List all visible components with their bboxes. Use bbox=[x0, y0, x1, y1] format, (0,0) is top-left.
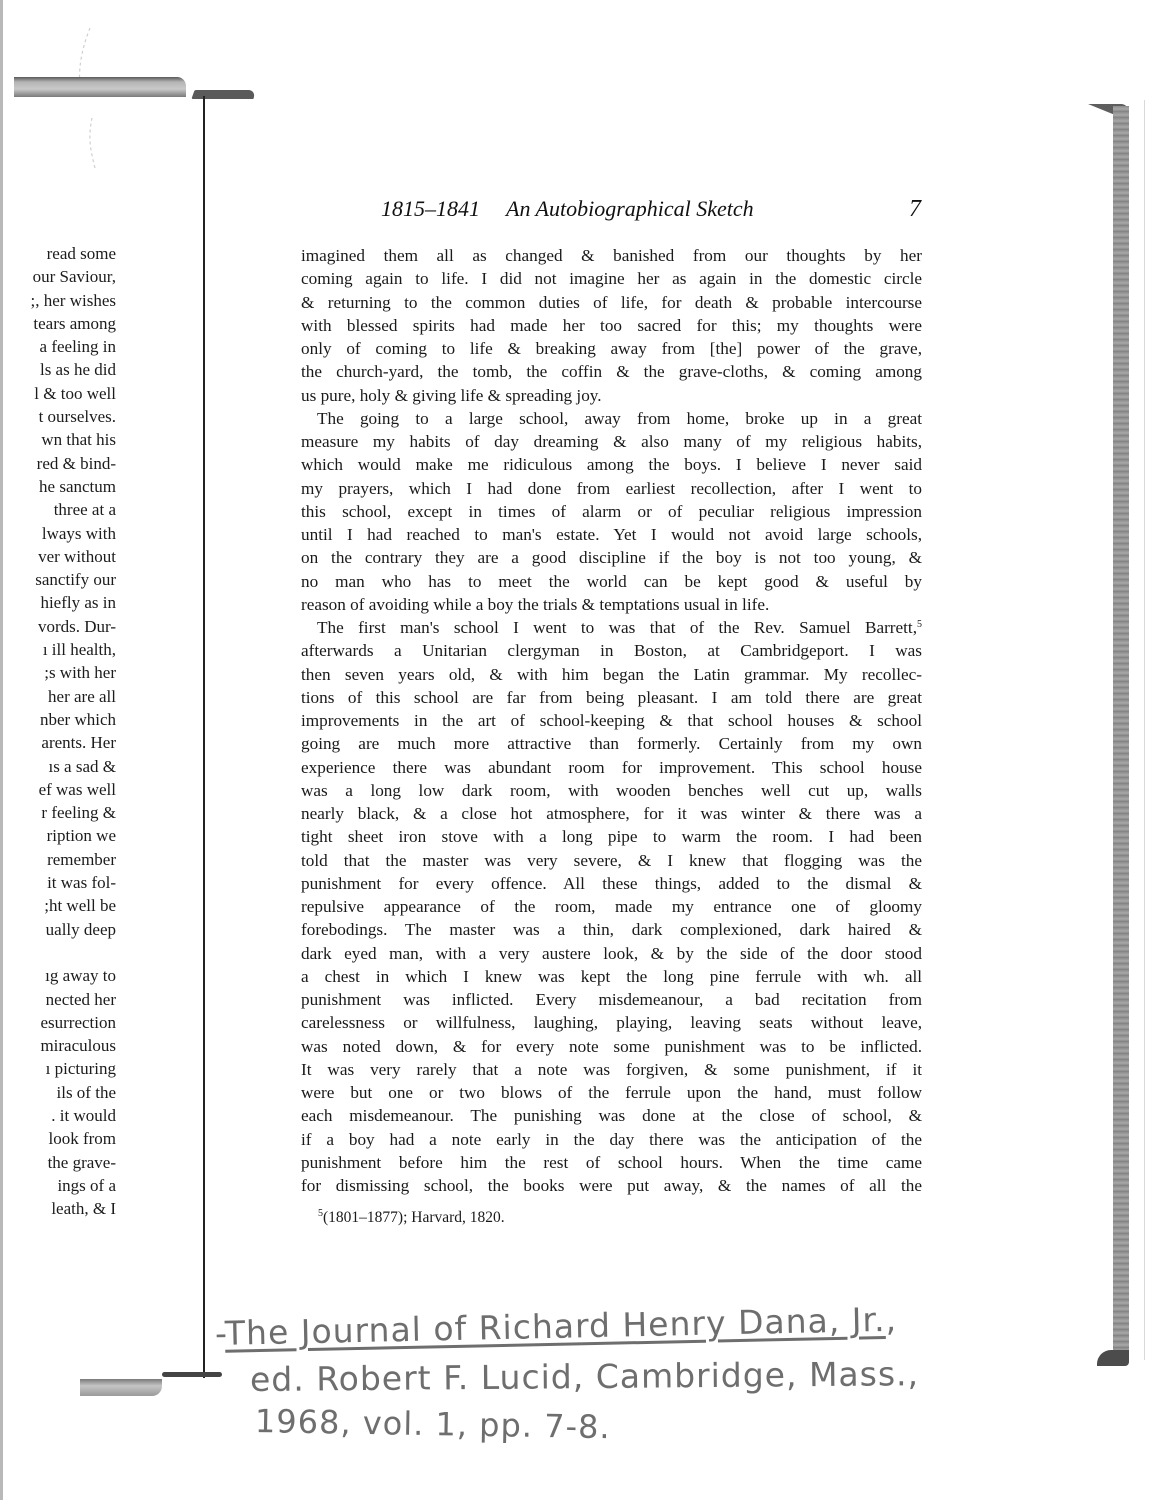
text-line: It was very rarely that a note was forgi… bbox=[301, 1058, 922, 1081]
fragment-line: red & bind- bbox=[0, 452, 116, 475]
binder-clip-bottom bbox=[80, 1379, 162, 1396]
text-line: improvements in the art of school-keepin… bbox=[301, 709, 922, 732]
text-line: imagined them all as changed & banished … bbox=[301, 244, 922, 267]
binder-clip-top-tail bbox=[191, 90, 256, 99]
text-line-with-footnote: The first man's school I went to was tha… bbox=[301, 616, 922, 639]
fragment-line: lways with bbox=[0, 522, 116, 545]
text-line: was noted down, & for every note some pu… bbox=[301, 1035, 922, 1058]
text-line: no man who has to meet the world can be … bbox=[301, 570, 922, 593]
text-line: my prayers, which I had done from earlie… bbox=[301, 477, 922, 500]
text-line: only of coming to life & breaking away f… bbox=[301, 337, 922, 360]
text-line: going are much more attractive than form… bbox=[301, 732, 922, 755]
fragment-line: . it would bbox=[0, 1104, 116, 1127]
previous-page-fragment-column: read some our Saviour, ;, her wishes tea… bbox=[0, 242, 116, 1220]
binder-bracket-bottom bbox=[1097, 1350, 1129, 1366]
fragment-line: ı picturing bbox=[0, 1057, 116, 1080]
fragment-line: he sanctum bbox=[0, 475, 116, 498]
paragraph-3: The first man's school I went to was tha… bbox=[301, 616, 922, 1197]
fragment-line: leath, & I bbox=[0, 1197, 116, 1220]
text-line: was a long low dark room, with wooden be… bbox=[301, 779, 922, 802]
fragment-line: l & too well bbox=[0, 382, 116, 405]
fragment-line: the grave- bbox=[0, 1151, 116, 1174]
fragment-line: miraculous bbox=[0, 1034, 116, 1057]
text-line: reason of avoiding while a boy the trial… bbox=[301, 593, 922, 616]
fragment-line: r feeling & bbox=[0, 801, 116, 824]
running-head-title: An Autobiographical Sketch bbox=[506, 196, 754, 222]
page-divider-line bbox=[203, 96, 205, 1378]
text-line: punishment for every offence. All these … bbox=[301, 872, 922, 895]
text-line: tions of this school are far from being … bbox=[301, 686, 922, 709]
text-line: this school, except in times of alarm or… bbox=[301, 500, 922, 523]
footnote-text: (1801–1877); Harvard, 1820. bbox=[323, 1209, 505, 1226]
fragment-line: esurrection bbox=[0, 1011, 116, 1034]
binder-bracket-right bbox=[1113, 106, 1129, 1361]
binder-clip-bottom-tail bbox=[162, 1372, 222, 1377]
fragment-line: nected her bbox=[0, 988, 116, 1011]
handwritten-line-3: 1968, vol. 1, pp. 7-8. bbox=[255, 1402, 611, 1446]
fragment-line: nber which bbox=[0, 708, 116, 731]
handwritten-comma: , bbox=[885, 1300, 897, 1339]
fragment-line: ;s with her bbox=[0, 661, 116, 684]
fragment-line: our Saviour, bbox=[0, 265, 116, 288]
fragment-line: ı ill health, bbox=[0, 638, 116, 661]
fragment-line: ils of the bbox=[0, 1081, 116, 1104]
text-line: then seven years old, & with him began t… bbox=[301, 663, 922, 686]
paragraph-1: imagined them all as changed & banished … bbox=[301, 244, 922, 407]
fragment-line: t ourselves. bbox=[0, 405, 116, 428]
fragment-line: vords. Dur- bbox=[0, 615, 116, 638]
fragment-line: ription we bbox=[0, 824, 116, 847]
footnote-reference[interactable]: 5 bbox=[917, 619, 922, 630]
fragment-line: hiefly as in bbox=[0, 591, 116, 614]
body-text: imagined them all as changed & banished … bbox=[301, 244, 922, 1197]
text-line: afterwards a Unitarian clergyman in Bost… bbox=[301, 639, 922, 662]
fragment-line: ls as he did bbox=[0, 358, 116, 381]
text-line: The first man's school I went to was tha… bbox=[317, 618, 917, 637]
scanned-page: 1815–1841 An Autobiographical Sketch 7 r… bbox=[0, 0, 1159, 1500]
text-line: if a boy had a note early in the day the… bbox=[301, 1128, 922, 1151]
handwritten-book-title: The Journal of Richard Henry Dana, Jr. bbox=[224, 1300, 885, 1353]
fragment-gap bbox=[0, 941, 116, 964]
text-line: which would make me ridiculous among the… bbox=[301, 453, 922, 476]
text-line: forebodings. The master was a thin, dark… bbox=[301, 918, 922, 941]
fragment-line: ef was well bbox=[0, 778, 116, 801]
page-number: 7 bbox=[909, 196, 921, 223]
text-line: the church-yard, the tomb, the coffin & … bbox=[301, 360, 922, 383]
fragment-line: ;, her wishes bbox=[0, 289, 116, 312]
running-head: 1815–1841 An Autobiographical Sketch 7 bbox=[381, 196, 941, 226]
footnote: 5(1801–1877); Harvard, 1820. bbox=[318, 1208, 505, 1227]
text-line: on the contrary they are a good discipli… bbox=[301, 546, 922, 569]
running-head-years: 1815–1841 bbox=[381, 196, 480, 222]
text-line: nearly black, & a close hot atmosphere, … bbox=[301, 802, 922, 825]
text-line: tight sheet iron stove with a long pipe … bbox=[301, 825, 922, 848]
fragment-line: read some bbox=[0, 242, 116, 265]
text-line: a chest in which I knew was kept the lon… bbox=[301, 965, 922, 988]
handwritten-line-2: ed. Robert F. Lucid, Cambridge, Mass., bbox=[250, 1354, 919, 1399]
text-line: each misdemeanour. The punishing was don… bbox=[301, 1104, 922, 1127]
binder-clip-top bbox=[14, 77, 186, 97]
text-line: with blessed spirits had made her too sa… bbox=[301, 314, 922, 337]
text-line: dark eyed man, with a very austere look,… bbox=[301, 942, 922, 965]
text-line: told that the master was very severe, & … bbox=[301, 849, 922, 872]
pencil-scribble-mark bbox=[60, 28, 110, 178]
text-line: carelessness or willfulness, laughing, p… bbox=[301, 1011, 922, 1034]
text-line: The going to a large school, away from h… bbox=[301, 407, 922, 430]
text-line: were but one or two blows of the ferrule… bbox=[301, 1081, 922, 1104]
fragment-line: remember bbox=[0, 848, 116, 871]
fragment-line: sanctify our bbox=[0, 568, 116, 591]
text-line: us pure, holy & giving life & spreading … bbox=[301, 384, 922, 407]
paragraph-2: The going to a large school, away from h… bbox=[301, 407, 922, 616]
text-line: repulsive appearance of the room, made m… bbox=[301, 895, 922, 918]
fragment-line: wn that his bbox=[0, 428, 116, 451]
fragment-line: ıg away to bbox=[0, 964, 116, 987]
fragment-line: ;ht well be bbox=[0, 894, 116, 917]
scan-edge-right bbox=[1144, 100, 1145, 1360]
fragment-line: ings of a bbox=[0, 1174, 116, 1197]
fragment-line: ver without bbox=[0, 545, 116, 568]
handwritten-line-1: -The Journal of Richard Henry Dana, Jr., bbox=[215, 1300, 898, 1353]
text-line: & returning to the common duties of life… bbox=[301, 291, 922, 314]
text-line: coming again to life. I did not imagine … bbox=[301, 267, 922, 290]
text-line: measure my habits of day dreaming & also… bbox=[301, 430, 922, 453]
fragment-line: three at a bbox=[0, 498, 116, 521]
text-line: until I had reached to man's estate. Yet… bbox=[301, 523, 922, 546]
fragment-line: it was fol- bbox=[0, 871, 116, 894]
fragment-line: arents. Her bbox=[0, 731, 116, 754]
text-line: experience there was abundant room for i… bbox=[301, 756, 922, 779]
text-line: punishment was inflicted. Every misdemea… bbox=[301, 988, 922, 1011]
text-line: punishment before him the rest of school… bbox=[301, 1151, 922, 1174]
fragment-line: ıs a sad & bbox=[0, 755, 116, 778]
fragment-line: her are all bbox=[0, 685, 116, 708]
fragment-line: ually deep bbox=[0, 918, 116, 941]
fragment-line: look from bbox=[0, 1127, 116, 1150]
text-line: for dismissing school, the books were pu… bbox=[301, 1174, 922, 1197]
fragment-line: a feeling in bbox=[0, 335, 116, 358]
fragment-line: tears among bbox=[0, 312, 116, 335]
